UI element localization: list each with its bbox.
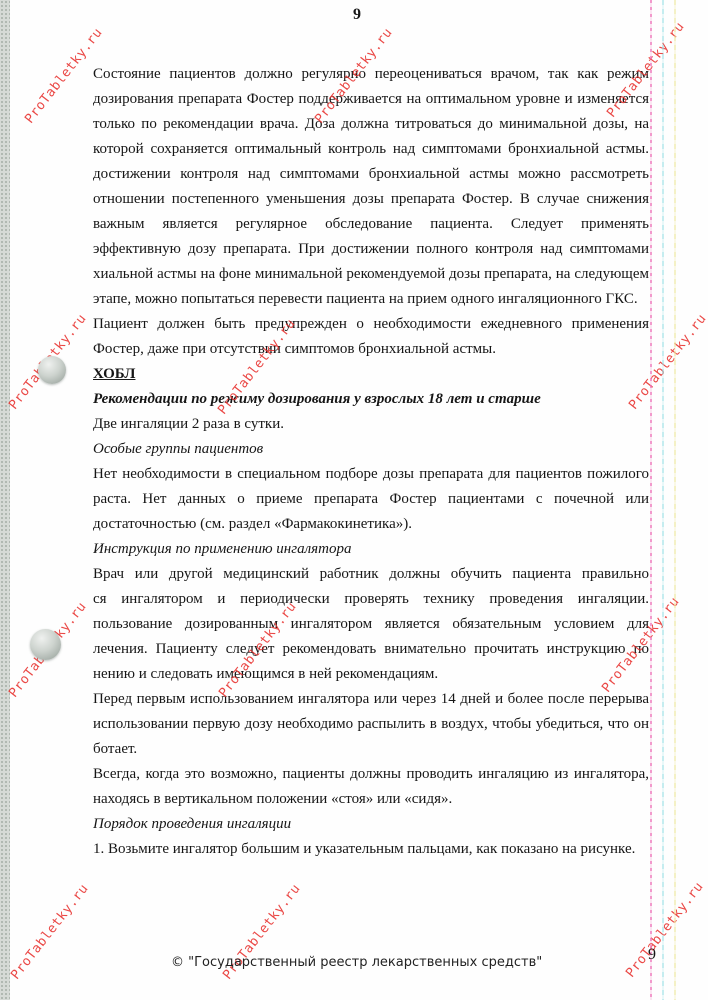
- text-line: только по рекомендации врача. Доза должн…: [93, 112, 649, 137]
- text-line: пользование дозированным ингалятором явл…: [93, 612, 649, 637]
- guide-line-cyan: [662, 0, 664, 1000]
- scan-artifact-sphere: [30, 629, 61, 660]
- text-line: Всегда, когда это возможно, пациенты дол…: [93, 762, 649, 787]
- scan-artifact-sphere: [38, 356, 66, 384]
- text-line: этапе, можно попытаться перевести пациен…: [93, 287, 649, 312]
- text-line: Две ингаляции 2 раза в сутки.: [93, 412, 649, 437]
- text-line: важным является регулярное обследование …: [93, 212, 649, 237]
- guide-line-pink: [650, 0, 652, 1000]
- footer-copyright: © "Государственный реестр лекарственных …: [171, 955, 542, 970]
- text-line: использовании первую дозу необходимо рас…: [93, 712, 649, 737]
- dosage-adjustment-paragraph: Состояние пациентов должно регулярно пер…: [93, 62, 649, 312]
- text-line: Врач или другой медицинский работник дол…: [93, 562, 649, 587]
- text-line: Фостер, даже при отсутствии симптомов бр…: [93, 337, 649, 362]
- dosage-line: Две ингаляции 2 раза в сутки.: [93, 412, 649, 437]
- text-line: ХОБЛ: [93, 362, 649, 387]
- watermark: ProTabletky.ru: [8, 881, 92, 982]
- inhaler-instructions-heading: Инструкция по применению ингалятора: [93, 537, 649, 562]
- document-text-column: Состояние пациентов должно регулярно пер…: [93, 62, 649, 862]
- text-line: нению и следовать имеющимся в ней рекоме…: [93, 662, 649, 687]
- text-line: Нет необходимости в специальном подборе …: [93, 462, 649, 487]
- watermark: ProTabletky.ru: [623, 879, 707, 980]
- text-line: ся ингалятором и периодически проверять …: [93, 587, 649, 612]
- text-line: достижении контроля над симптомами бронх…: [93, 162, 649, 187]
- text-line: Рекомендации по режиму дозирования у взр…: [93, 387, 649, 412]
- text-line: 1. Возьмите ингалятор большим и указател…: [93, 837, 649, 862]
- text-line: дозирования препарата Фостер поддерживае…: [93, 87, 649, 112]
- scan-edge-strip: [0, 0, 10, 1000]
- guide-line-yellow: [674, 0, 676, 1000]
- text-line: лечения. Пациенту следует рекомендовать …: [93, 637, 649, 662]
- step-1-line: 1. Возьмите ингалятор большим и указател…: [93, 837, 649, 862]
- text-line: эффективную дозу препарата. При достижен…: [93, 237, 649, 262]
- text-line: Перед первым использованием ингалятора и…: [93, 687, 649, 712]
- text-line: Инструкция по применению ингалятора: [93, 537, 649, 562]
- page-number-bottom: 9: [648, 946, 656, 964]
- page-number-top: 9: [345, 6, 369, 24]
- text-line: Пациент должен быть предупрежден о необх…: [93, 312, 649, 337]
- text-line: Особые группы пациентов: [93, 437, 649, 462]
- upright-position-paragraph: Всегда, когда это возможно, пациенты дол…: [93, 762, 649, 812]
- daily-use-warning-paragraph: Пациент должен быть предупрежден о необх…: [93, 312, 649, 362]
- dosage-recommendation-heading: Рекомендации по режиму дозирования у взр…: [93, 387, 649, 412]
- text-line: которой сохраняется оптимальный контроль…: [93, 137, 649, 162]
- copd-section-heading: ХОБЛ: [93, 362, 649, 387]
- text-line: Порядок проведения ингаляции: [93, 812, 649, 837]
- text-line: раста. Нет данных о приеме препарата Фос…: [93, 487, 649, 512]
- first-use-paragraph: Перед первым использованием ингалятора и…: [93, 687, 649, 762]
- document-page: 9 Состояние пациентов должно регулярно п…: [0, 0, 708, 1000]
- special-groups-heading: Особые группы пациентов: [93, 437, 649, 462]
- inhaler-training-paragraph: Врач или другой медицинский работник дол…: [93, 562, 649, 687]
- text-line: находясь в вертикальном положении «стоя»…: [93, 787, 649, 812]
- text-line: достаточностью (см. раздел «Фармакокинет…: [93, 512, 649, 537]
- text-line: хиальной астмы на фоне минимальной реком…: [93, 262, 649, 287]
- text-line: ботает.: [93, 737, 649, 762]
- text-line: отношении постепенного уменьшения дозы п…: [93, 187, 649, 212]
- inhalation-procedure-heading: Порядок проведения ингаляции: [93, 812, 649, 837]
- special-groups-paragraph: Нет необходимости в специальном подборе …: [93, 462, 649, 537]
